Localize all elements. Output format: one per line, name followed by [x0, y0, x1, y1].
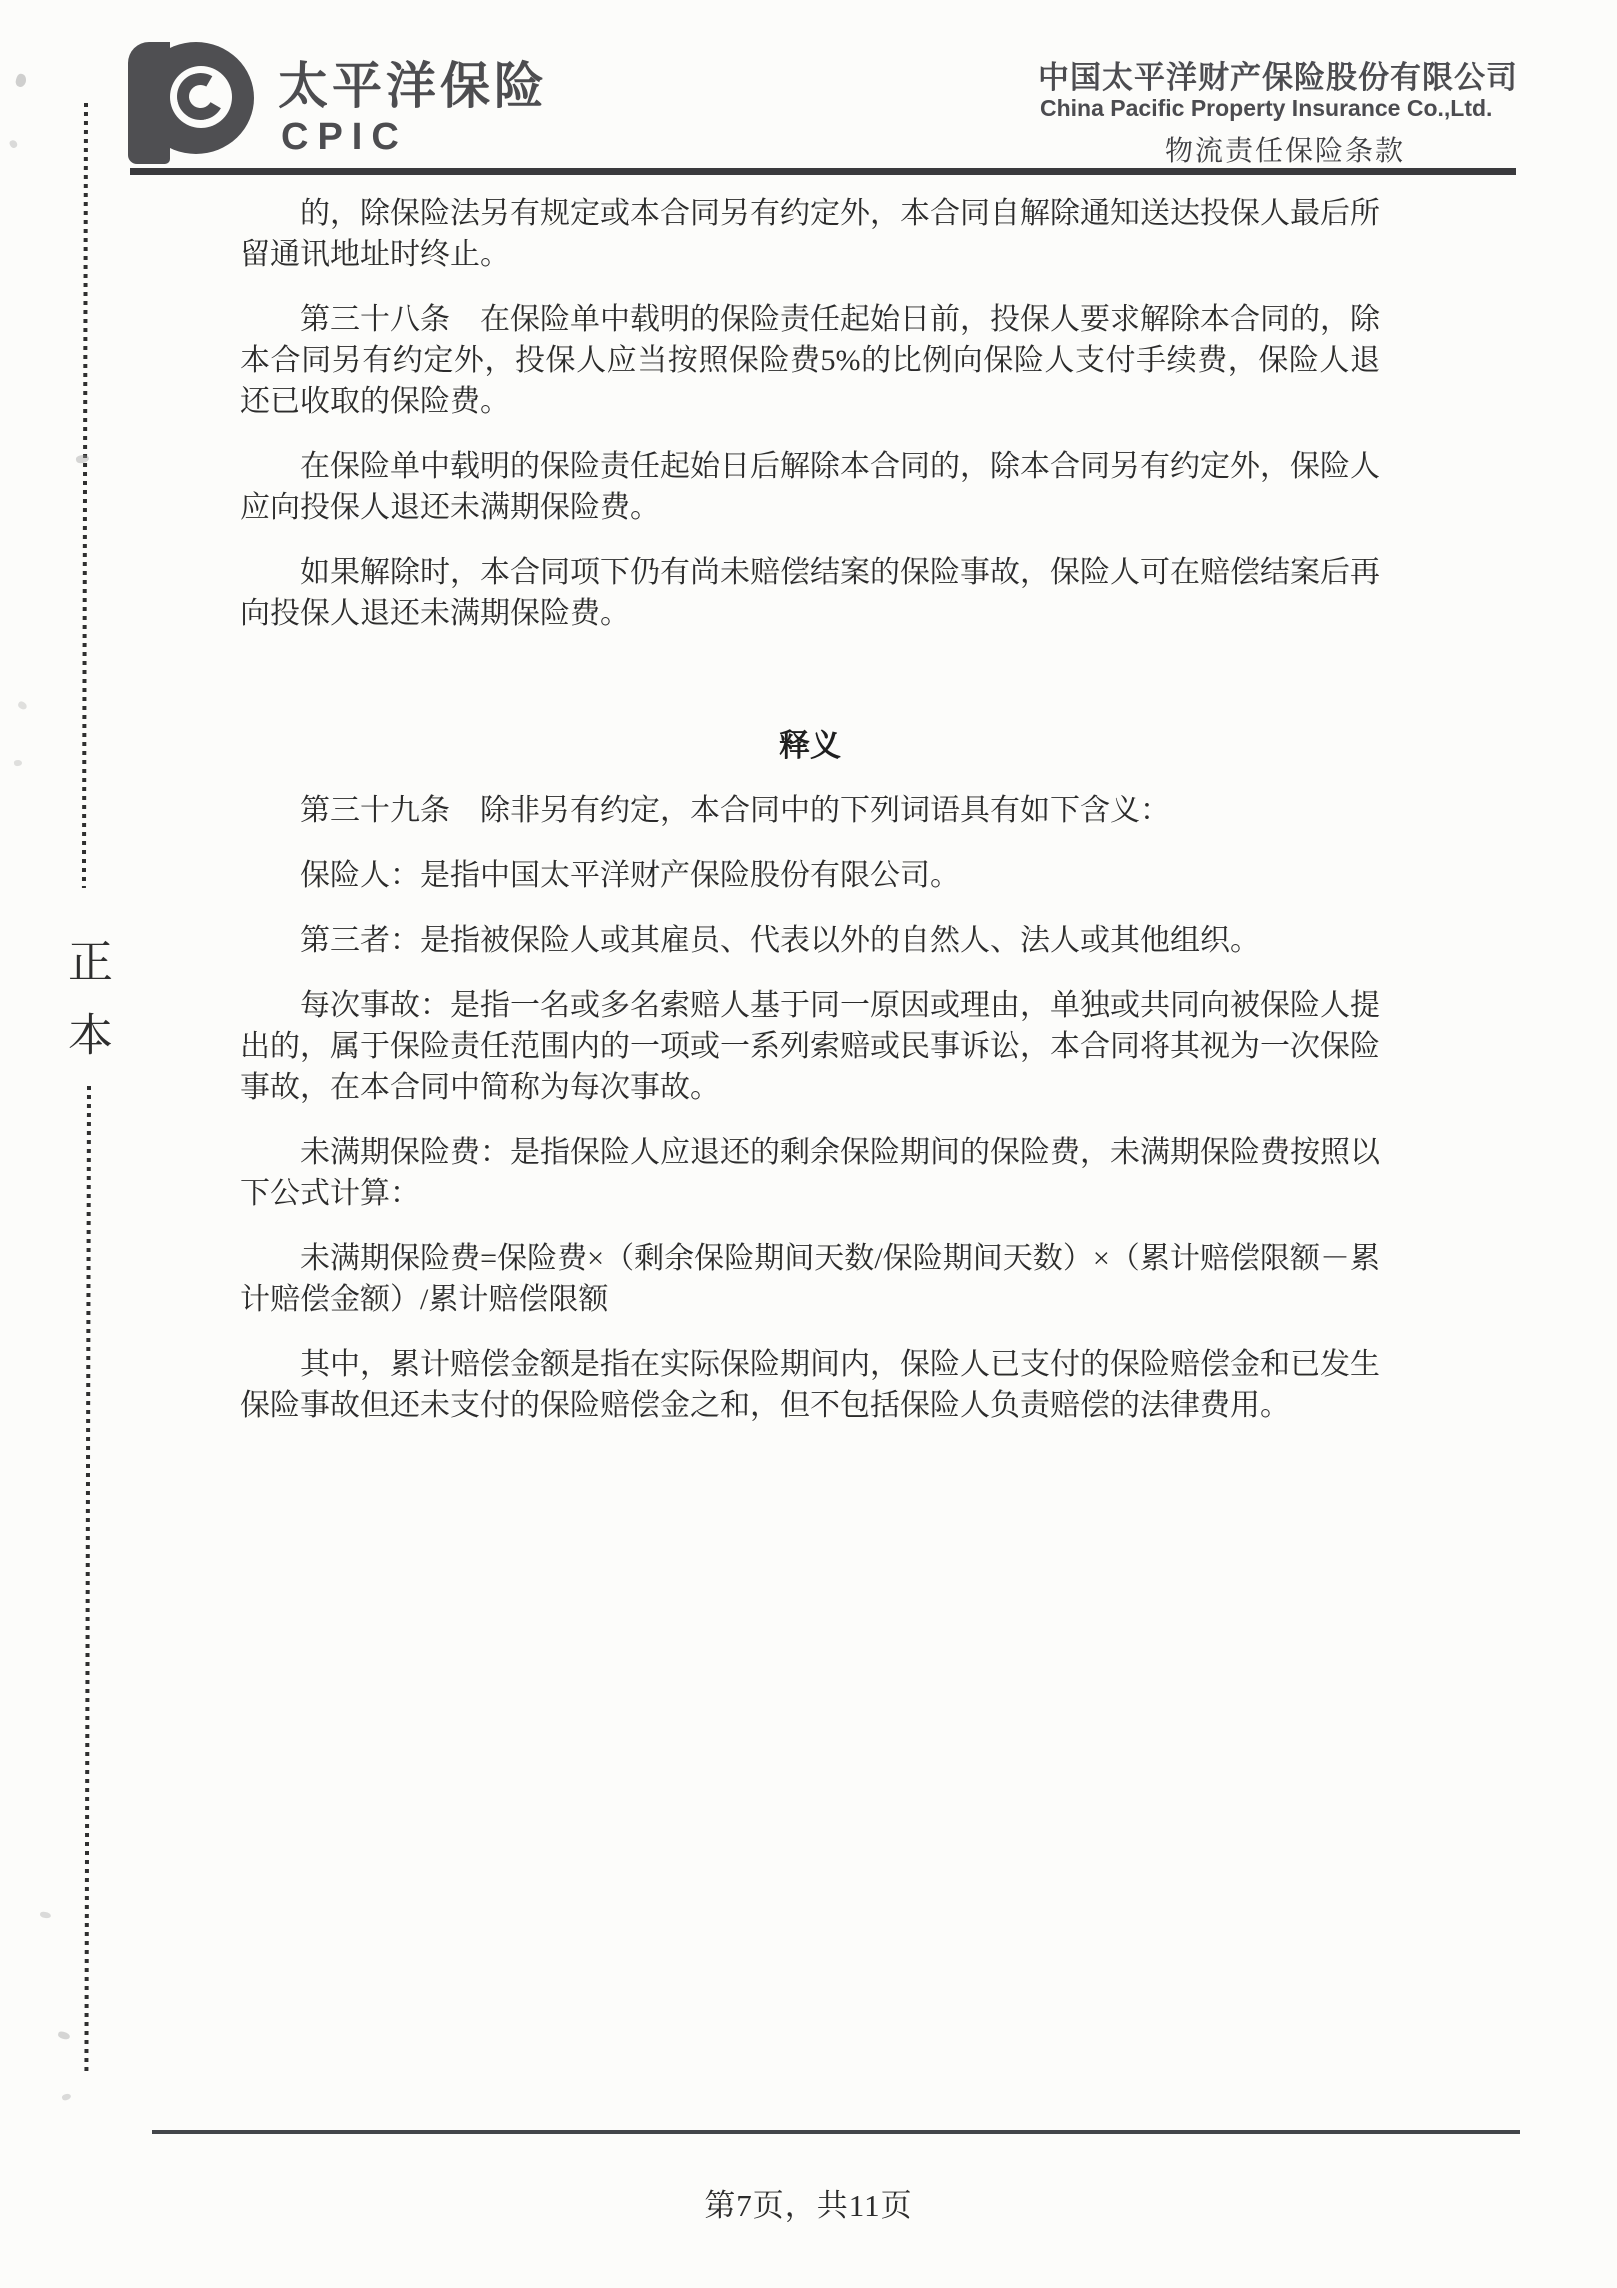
- company-name-english: China Pacific Property Insurance Co.,Ltd…: [1040, 95, 1492, 122]
- clause-text-column: 的，除保险法另有规定或本合同另有约定外，本合同自解除通知送达投保人最后所留通讯地…: [240, 193, 1380, 1450]
- cpic-logo-stem: [128, 42, 170, 164]
- footer-divider-rule: [152, 2130, 1520, 2134]
- document-type-title: 物流责任保险条款: [1165, 129, 1405, 169]
- unearned-premium-formula-paragraph: 未满期保险费=保险费×（剩余保险期间天数/保险期间天数）×（累计赔偿限额－累计赔…: [240, 1238, 1380, 1320]
- clause-38-sub-paragraph: 如果解除时，本合同项下仍有尚未赔偿结案的保险事故，保险人可在赔偿结案后再向投保人…: [240, 552, 1380, 634]
- perforation-dotted-line-bottom: [84, 1086, 91, 2076]
- clause-38-paragraph: 第三十八条 在保险单中载明的保险责任起始日前，投保人要求解除本合同的，除本合同另…: [240, 299, 1380, 422]
- definition-each-accident-paragraph: 每次事故：是指一名或多名索赔人基于同一原因或理由，单独或共同向被保险人提出的，属…: [240, 985, 1380, 1108]
- scan-speck: [40, 1911, 52, 1918]
- scan-speck: [75, 454, 89, 465]
- definitions-section-heading: 释义: [240, 724, 1380, 768]
- perforation-dotted-line-top: [82, 103, 88, 888]
- header-divider-rule: [130, 168, 1516, 175]
- definition-unearned-premium-paragraph: 未满期保险费：是指保险人应退还的剩余保险期间的保险费，未满期保险费按照以下公式计…: [240, 1132, 1380, 1214]
- scan-speck: [61, 2093, 72, 2102]
- cumulative-compensation-note-paragraph: 其中，累计赔偿金额是指在实际保险期间内，保险人已支付的保险赔偿金和已发生保险事故…: [240, 1344, 1380, 1426]
- definition-insurer-paragraph: 保险人：是指中国太平洋财产保险股份有限公司。: [240, 855, 1380, 896]
- clause-38-sub-paragraph: 在保险单中载明的保险责任起始日后解除本合同的，除本合同另有约定外，保险人应向投保…: [240, 446, 1380, 528]
- definition-third-party-paragraph: 第三者：是指被保险人或其雇员、代表以外的自然人、法人或其他组织。: [240, 920, 1380, 961]
- scan-speck: [14, 759, 23, 766]
- company-name-chinese: 中国太平洋财产保险股份有限公司: [1038, 52, 1518, 97]
- scan-speck: [57, 2031, 70, 2041]
- scan-speck: [14, 73, 28, 88]
- clause-39-paragraph: 第三十九条 除非另有约定，本合同中的下列词语具有如下含义：: [240, 790, 1380, 831]
- page-number: 第7页，共11页: [0, 2180, 1617, 2225]
- brand-name-abbreviation: CPIC: [281, 116, 408, 159]
- original-copy-label: 正本: [62, 938, 110, 1084]
- document-page: 正本 太平洋保险 CPIC 中国太平洋财产保险股份有限公司 China Paci…: [0, 0, 1617, 2288]
- cpic-logo-icon: [128, 42, 260, 164]
- brand-name-chinese: 太平洋保险: [278, 46, 548, 118]
- scan-speck: [17, 700, 28, 710]
- continuation-paragraph: 的，除保险法另有规定或本合同另有约定外，本合同自解除通知送达投保人最后所留通讯地…: [240, 193, 1380, 275]
- scan-speck: [8, 139, 18, 149]
